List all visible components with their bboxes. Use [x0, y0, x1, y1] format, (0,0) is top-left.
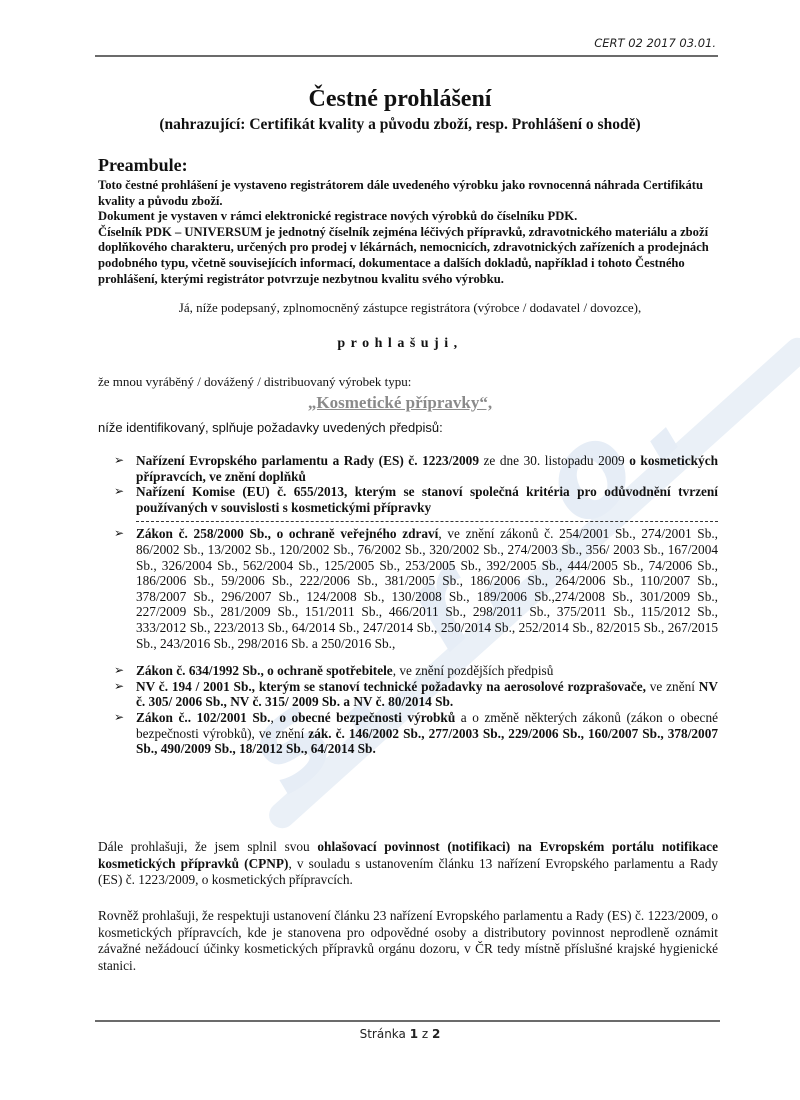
product-type-line: že mnou vyráběný / dovážený / distribuov…: [98, 374, 411, 390]
arrow-bullet-icon: ➢: [114, 679, 124, 695]
regulations-list: ➢ Nařízení Evropského parlamentu a Rady …: [114, 453, 718, 757]
page-separator: z: [422, 1027, 428, 1041]
total-pages: 2: [432, 1027, 440, 1041]
regulation-detail: ve znění: [646, 679, 699, 694]
arrow-bullet-icon: ➢: [114, 453, 124, 469]
page-indicator: Stránka 1 z 2: [0, 1027, 800, 1041]
regulation-detail: ,: [270, 710, 279, 725]
regulation-subject: o obecné bezpečnosti výrobků: [279, 710, 455, 725]
arrow-bullet-icon: ➢: [114, 526, 124, 542]
document-title: Čestné prohlášení: [0, 86, 800, 113]
product-type-name: „Kosmetické přípravky“,: [0, 393, 800, 413]
regulation-title: NV č. 194 / 2001 Sb., kterým se stanoví …: [136, 679, 646, 694]
arrow-bullet-icon: ➢: [114, 663, 124, 679]
preamble-heading: Preambule:: [98, 155, 188, 176]
arrow-bullet-icon: ➢: [114, 710, 124, 726]
regulation-title: Nařízení Evropského parlamentu a Rady (E…: [136, 453, 479, 468]
regulation-item: ➢ Nařízení Komise (EU) č. 655/2013, kter…: [114, 484, 718, 515]
regulation-title: Nařízení Komise (EU) č. 655/2013, kterým…: [136, 484, 718, 515]
spacer: [114, 651, 718, 663]
regulation-title: Zákon č. 258/2000 Sb., o ochraně veřejné…: [136, 526, 438, 541]
regulation-item: ➢ Nařízení Evropského parlamentu a Rady …: [114, 453, 718, 484]
preamble-text: Toto čestné prohlášení je vystaveno regi…: [98, 178, 718, 287]
notification-text: Dále prohlašuji, že jsem splnil svou: [98, 839, 317, 854]
regulation-item: ➢ Zákon č. 634/1992 Sb., o ochraně spotř…: [114, 663, 718, 679]
notification-paragraph: Dále prohlašuji, že jsem splnil svou ohl…: [98, 839, 718, 889]
regulation-title: Zákon č. 634/1992 Sb., o ochraně spotřeb…: [136, 663, 393, 678]
document-subtitle: (nahrazující: Certifikát kvality a původ…: [0, 116, 800, 134]
article23-paragraph: Rovněž prohlašuji, že respektuji ustanov…: [98, 908, 718, 974]
preamble-line: Toto čestné prohlášení je vystaveno regi…: [98, 178, 718, 209]
regulation-item: ➢ NV č. 194 / 2001 Sb., kterým se stanov…: [114, 679, 718, 710]
requirements-intro: níže identifikovaný, splňuje požadavky u…: [98, 420, 443, 435]
header-rule: [95, 55, 718, 57]
regulation-item: ➢ Zákon č. 258/2000 Sb., o ochraně veřej…: [114, 526, 718, 651]
dashed-separator: [136, 521, 718, 522]
preamble-line: Číselník PDK – UNIVERSUM je jednotný čís…: [98, 225, 718, 287]
current-page: 1: [410, 1027, 418, 1041]
declarant-intro: Já, níže podepsaný, zplnomocněný zástupc…: [0, 300, 800, 316]
regulation-detail: , ve znění pozdějších předpisů: [393, 663, 554, 678]
page-label: Stránka: [360, 1027, 406, 1041]
footer-rule: [95, 1020, 720, 1022]
preamble-line: Dokument je vystaven v rámci elektronick…: [98, 209, 718, 225]
regulation-title: Zákon č.. 102/2001 Sb.: [136, 710, 270, 725]
regulation-item: ➢ Zákon č.. 102/2001 Sb., o obecné bezpe…: [114, 710, 718, 757]
document-page: CERT 02 2017 03.01. Čestné prohlášení (n…: [0, 0, 800, 1100]
document-code: CERT 02 2017 03.01.: [594, 36, 716, 50]
arrow-bullet-icon: ➢: [114, 484, 124, 500]
regulation-detail: ze dne 30. listopadu 2009: [479, 453, 629, 468]
declare-word: prohlašuji,: [0, 336, 800, 352]
regulation-detail: , ve znění zákonů č. 254/2001 Sb., 274/2…: [136, 526, 718, 650]
